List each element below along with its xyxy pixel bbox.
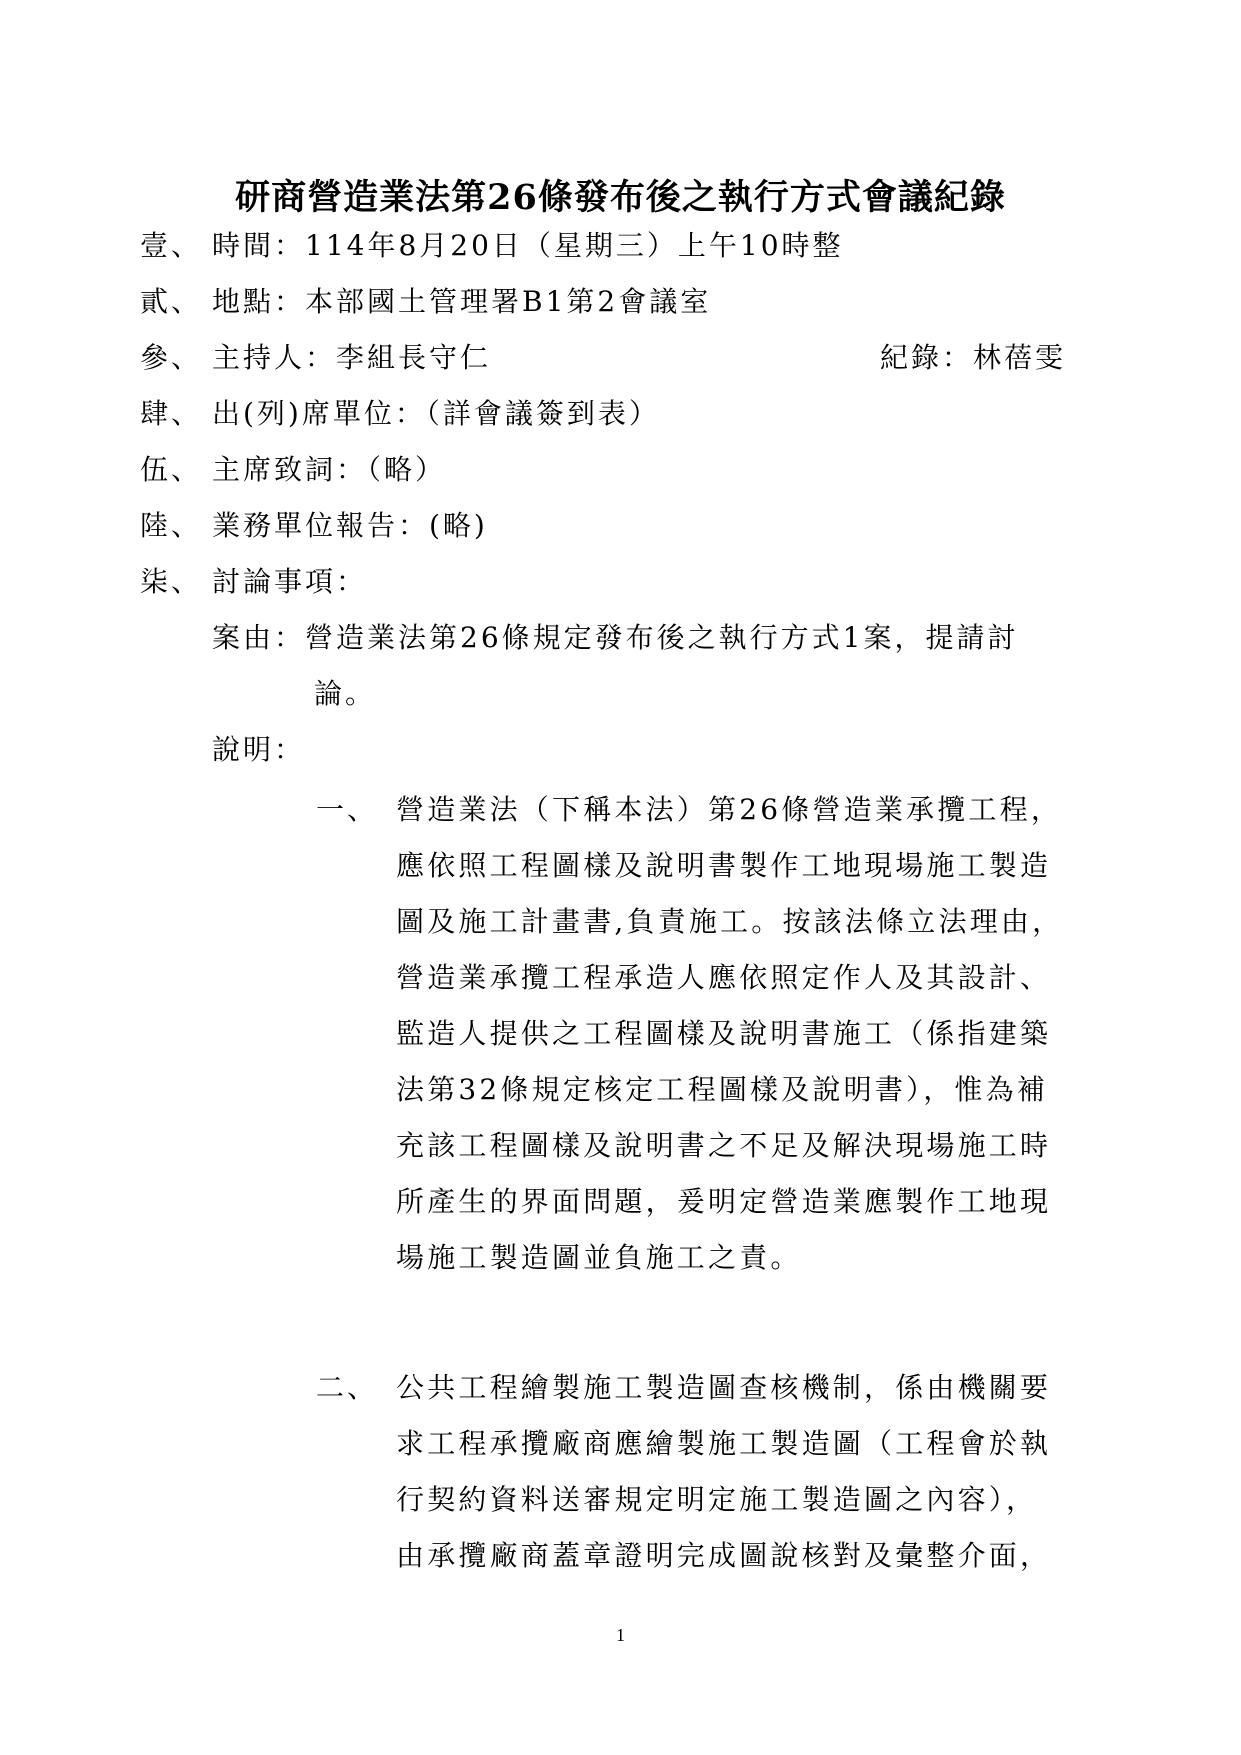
item-business-report: 陸、業務單位報告：(略) — [140, 508, 488, 544]
explanation-line: 監造人提供之工程圖樣及說明書施工（係指建築 — [396, 1016, 1051, 1052]
explanation-line: 行契約資料送審規定明定施工製造圖之內容）， — [396, 1482, 1037, 1518]
explanation-line: 營造業法（下稱本法）第26條營造業承攬工程， — [396, 792, 1062, 828]
item-text: 出(列)席單位：（詳會議簽到表） — [212, 397, 660, 430]
explanation-line: 場施工製造圖並負施工之責。 — [396, 1240, 802, 1276]
item-number: 肆、 — [140, 396, 212, 432]
item-text: 主持人：李組長守仁 — [212, 341, 491, 374]
item-location: 貳、地點：本部國土管理署B1第2會議室 — [140, 284, 711, 320]
recorder: 紀錄：林蓓雯 — [880, 340, 1066, 376]
explanation-line: 求工程承攬廠商應繪製施工製造圖（工程會於執 — [396, 1426, 1051, 1462]
explanation-line: 公共工程繪製施工製造圖查核機制，係由機關要 — [396, 1370, 1051, 1406]
explanation-line: 法第32條規定核定工程圖樣及說明書），惟為補 — [396, 1072, 1048, 1108]
explanation-number: 二、 — [316, 1370, 378, 1406]
explanation-line: 應依照工程圖樣及說明書製作工地現場施工製造 — [396, 848, 1051, 884]
item-text: 討論事項： — [212, 565, 367, 598]
explanation-label: 說明： — [212, 732, 305, 768]
item-text: 業務單位報告：(略) — [212, 509, 488, 542]
item-text: 地點：本部國土管理署B1第2會議室 — [212, 285, 711, 318]
item-text: 主席致詞：（略） — [212, 453, 446, 486]
explanation-line: 由承攬廠商蓋章證明完成圖說核對及彙整介面， — [396, 1538, 1051, 1574]
item-discussion: 柒、討論事項： — [140, 564, 367, 600]
page-number: 1 — [0, 1625, 1241, 1646]
item-number: 壹、 — [140, 228, 212, 264]
item-number: 伍、 — [140, 452, 212, 488]
item-chair-remarks: 伍、主席致詞：（略） — [140, 452, 446, 488]
item-time: 壹、時間：114年8月20日（星期三）上午10時整 — [140, 228, 844, 264]
item-attendees: 肆、出(列)席單位：（詳會議簽到表） — [140, 396, 660, 432]
item-number: 柒、 — [140, 564, 212, 600]
case-line-1: 案由：營造業法第26條規定發布後之執行方式1案，提請討 — [212, 620, 1018, 656]
explanation-number: 一、 — [316, 792, 378, 828]
document-page: 研商營造業法第26條發布後之執行方式會議紀錄 壹、時間：114年8月20日（星期… — [0, 0, 1241, 1755]
case-line-2: 論。 — [314, 676, 376, 712]
item-text: 時間：114年8月20日（星期三）上午10時整 — [212, 229, 844, 262]
item-number: 貳、 — [140, 284, 212, 320]
explanation-line: 所產生的界面問題，爰明定營造業應製作工地現 — [396, 1184, 1051, 1220]
explanation-line: 充該工程圖樣及說明書之不足及解決現場施工時 — [396, 1128, 1051, 1164]
document-title: 研商營造業法第26條發布後之執行方式會議紀錄 — [0, 176, 1241, 220]
explanation-line: 圖及施工計畫書,負責施工。按該法條立法理由， — [396, 904, 1063, 940]
explanation-line: 營造業承攬工程承造人應依照定作人及其設計、 — [396, 960, 1051, 996]
item-number: 參、 — [140, 340, 212, 376]
item-number: 陸、 — [140, 508, 212, 544]
item-chair: 參、主持人：李組長守仁 — [140, 340, 491, 376]
